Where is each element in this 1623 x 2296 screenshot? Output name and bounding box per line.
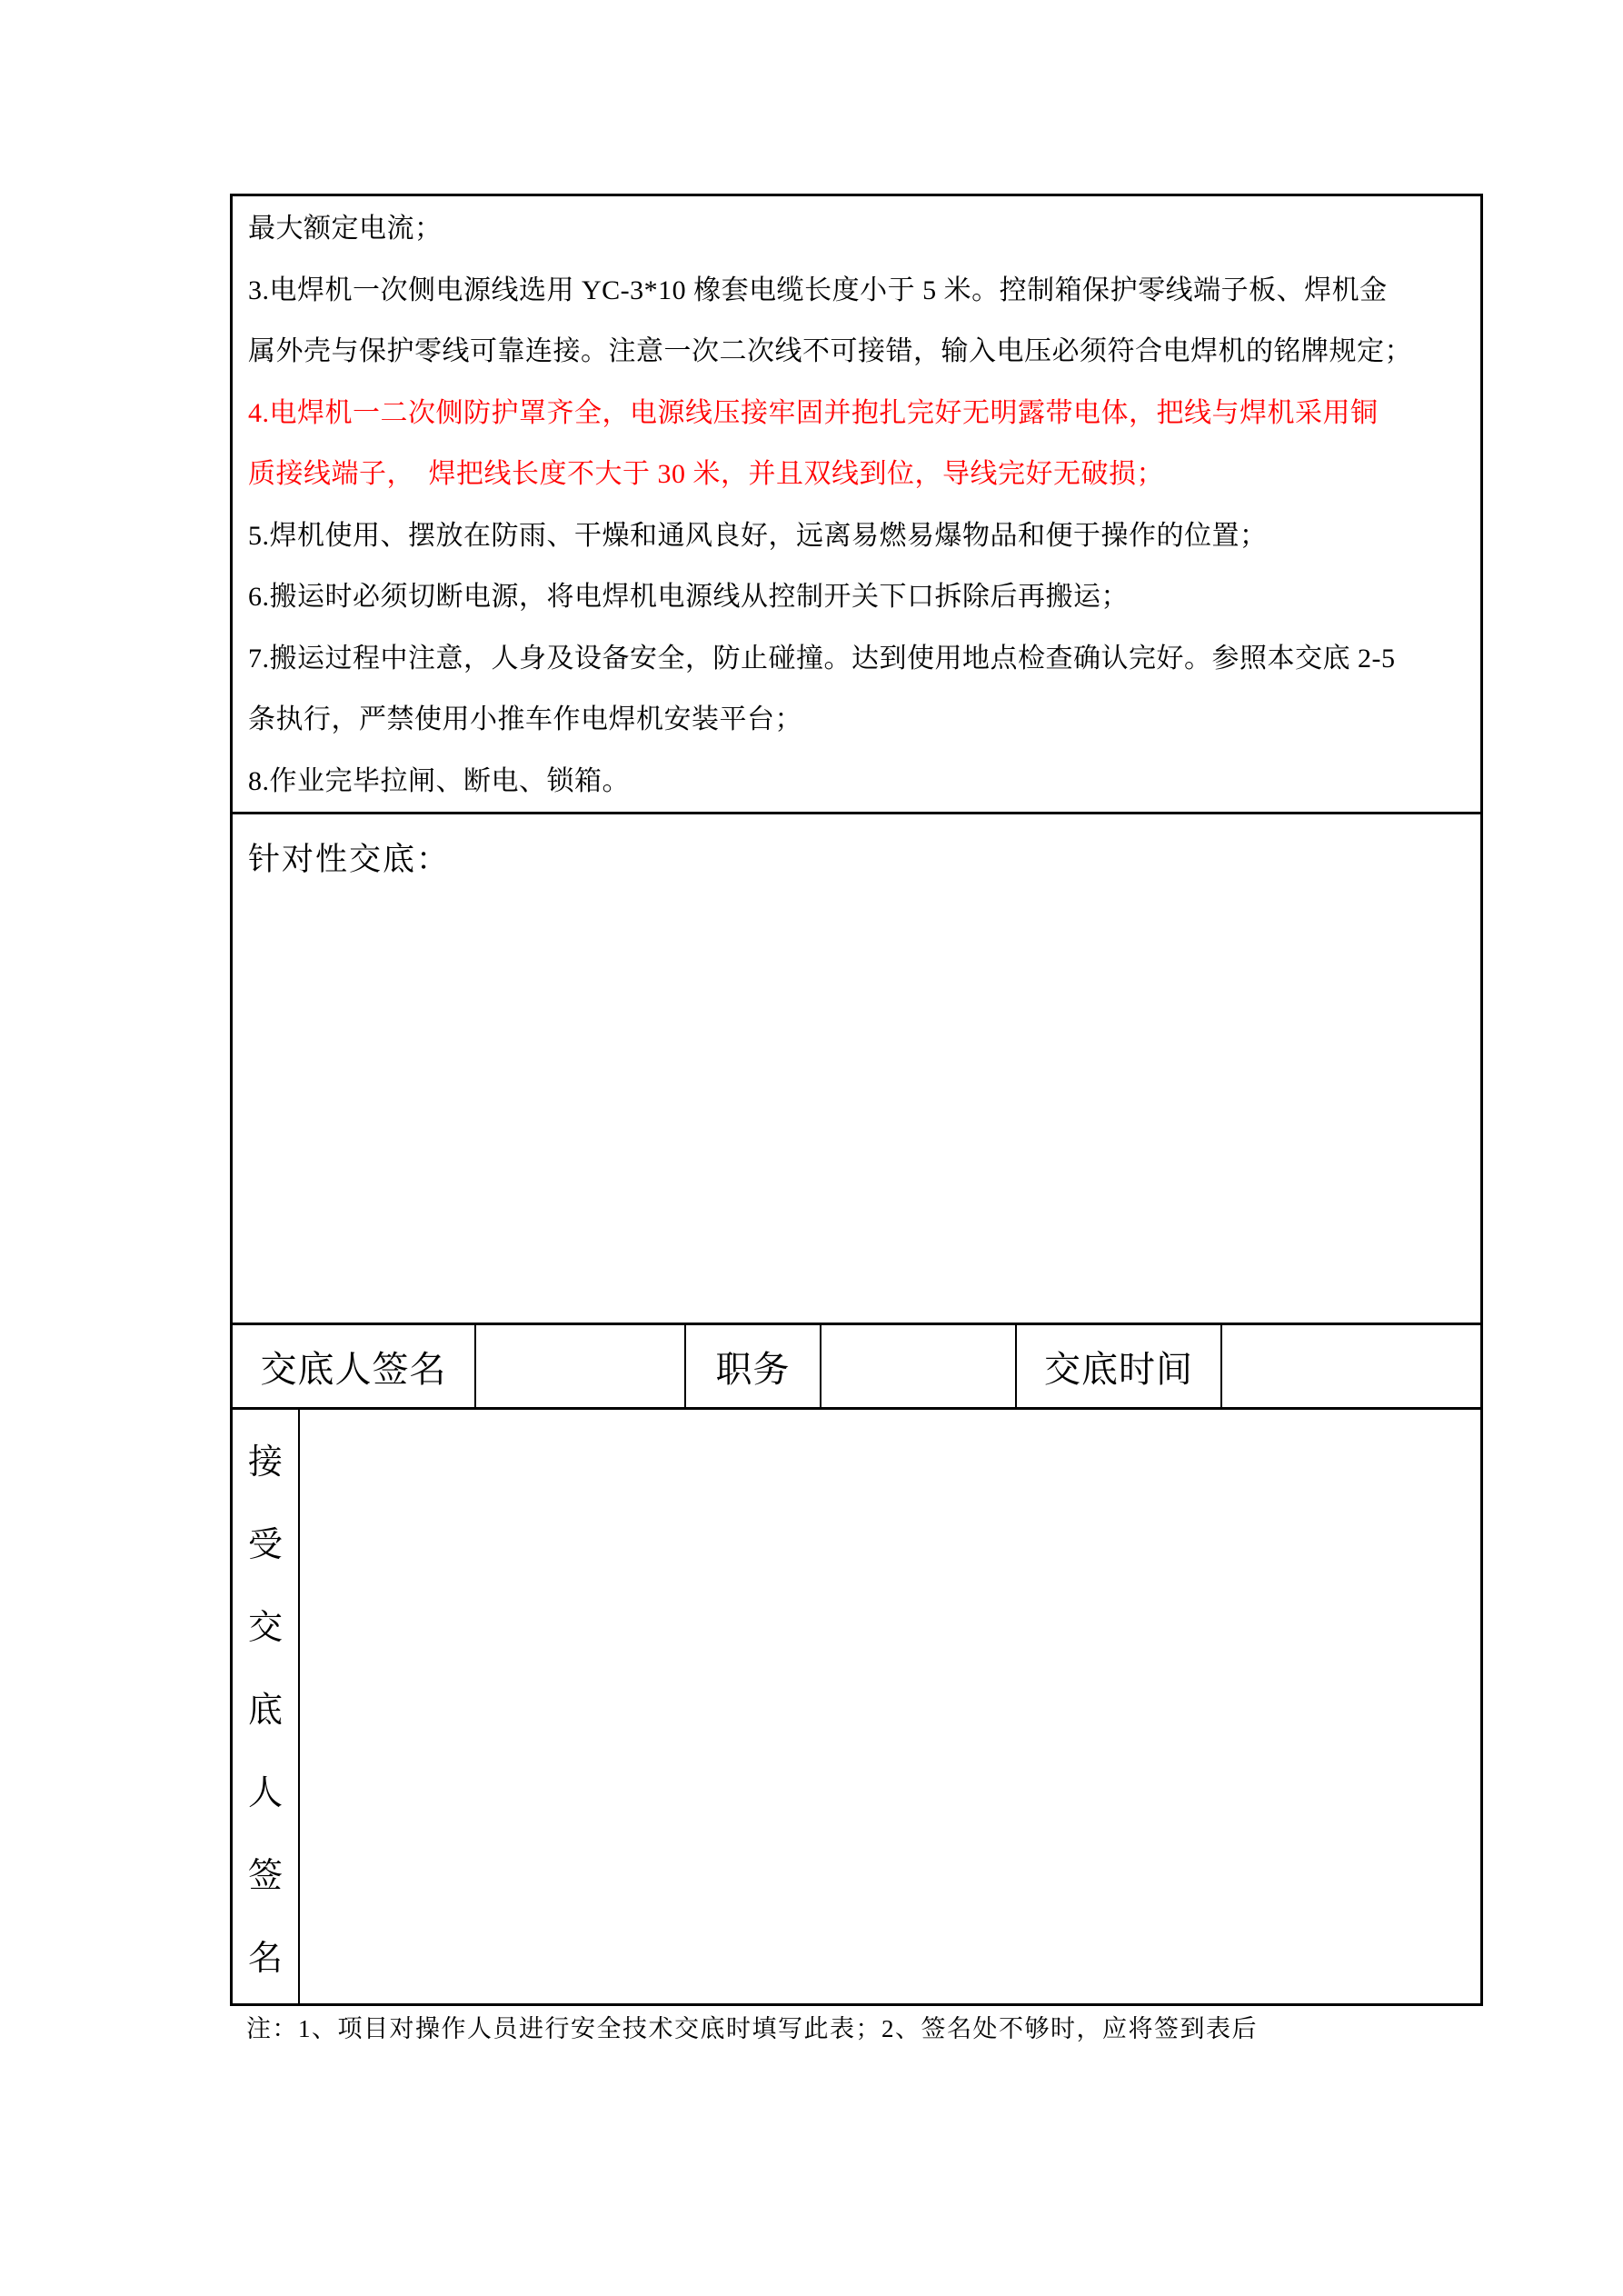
receiver-signature-field[interactable]	[300, 1410, 1480, 2003]
receiver-label-char: 名	[248, 1930, 283, 1980]
disclosure-table: 最大额定电流； 3.电焊机一次侧电源线选用 YC-3*10 橡套电缆长度小于 5…	[230, 194, 1483, 2006]
receiver-label-char: 接	[248, 1433, 283, 1483]
discloser-signature-label: 交底人签名	[233, 1325, 474, 1407]
disclosure-time-field[interactable]	[1220, 1325, 1480, 1407]
disclosure-line-red: 4.电焊机一二次侧防护罩齐全，电源线压接牢固并抱扎完好无明露带电体，把线与焊机采…	[248, 383, 1465, 444]
disclosure-time-label: 交底时间	[1015, 1325, 1220, 1407]
receiver-signature-row: 接 受 交 底 人 签 名	[233, 1407, 1480, 2003]
targeted-disclosure-label: 针对性交底：	[248, 842, 450, 877]
disclosure-line: 最大额定电流；	[248, 198, 1465, 260]
receiver-label-char: 受	[248, 1516, 283, 1566]
disclosure-line: 8.作业完毕拉闸、断电、锁箱。	[248, 751, 1465, 813]
discloser-signature-row: 交底人签名 职务 交底时间	[233, 1323, 1480, 1407]
position-field[interactable]	[820, 1325, 1015, 1407]
disclosure-line: 6.搬运时必须切断电源，将电焊机电源线从控制开关下口拆除后再搬运；	[248, 566, 1465, 628]
discloser-signature-field[interactable]	[474, 1325, 684, 1407]
disclosure-line: 条执行，严禁使用小推车作电焊机安装平台；	[248, 689, 1465, 751]
receiver-label-char: 交	[248, 1599, 283, 1649]
general-disclosure-section: 最大额定电流； 3.电焊机一次侧电源线选用 YC-3*10 橡套电缆长度小于 5…	[233, 196, 1480, 812]
disclosure-line: 7.搬运过程中注意，人身及设备安全，防止碰撞。达到使用地点检查确认完好。参照本交…	[248, 628, 1465, 690]
disclosure-line-red: 质接线端子， 焊把线长度不大于 30 米，并且双线到位，导线完好无破损；	[248, 444, 1465, 505]
targeted-disclosure-section[interactable]: 针对性交底：	[233, 812, 1480, 1323]
footnote: 注：1、项目对操作人员进行安全技术交底时填写此表；2、签名处不够时，应将签到表后	[246, 2011, 1509, 2047]
disclosure-line: 5.焊机使用、摆放在防雨、干燥和通风良好，远离易燃易爆物品和便于操作的位置；	[248, 505, 1465, 567]
document-page: { "general_disclosure": { "lines": [ { "…	[0, 0, 1623, 2296]
disclosure-line: 3.电焊机一次侧电源线选用 YC-3*10 橡套电缆长度小于 5 米。控制箱保护…	[248, 260, 1465, 322]
position-label: 职务	[684, 1325, 820, 1407]
disclosure-line: 属外壳与保护零线可靠连接。注意一次二次线不可接错，输入电压必须符合电焊机的铭牌规…	[248, 321, 1465, 383]
receiver-label-char: 签	[248, 1847, 283, 1897]
receiver-label-char: 人	[248, 1764, 283, 1814]
receiver-label-char: 底	[248, 1682, 283, 1732]
receiver-signature-label: 接 受 交 底 人 签 名	[233, 1410, 300, 2003]
